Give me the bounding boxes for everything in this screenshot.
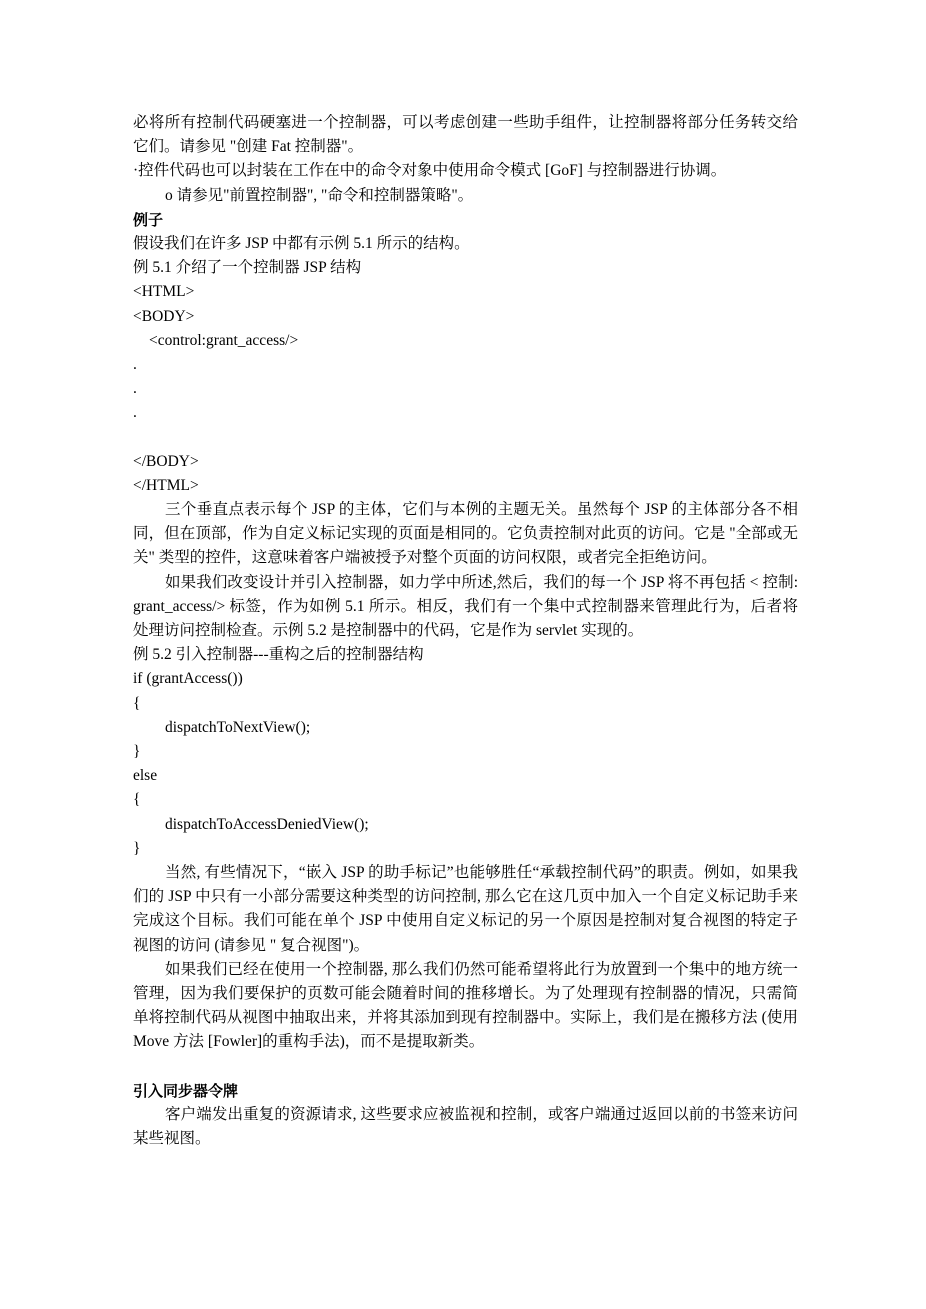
code-line: <HTML> — [133, 280, 798, 304]
code-line: . — [133, 401, 798, 425]
code-line: } — [133, 740, 798, 764]
paragraph-helper-tag: 当然, 有些情况下，“嵌入 JSP 的助手标记”也能够胜任“承载控制代码”的职责… — [133, 861, 798, 958]
code-line: . — [133, 353, 798, 377]
blank-line — [133, 1055, 798, 1079]
code-line: <control:grant_access/> — [133, 329, 798, 353]
code-line: } — [133, 837, 798, 861]
heading-sync-token: 引入同步器令牌 — [133, 1079, 798, 1103]
code-line: dispatchToNextView(); — [133, 716, 798, 740]
code-line: { — [133, 692, 798, 716]
paragraph-change-design: 如果我们改变设计并引入控制器，如力学中所述,然后，我们的每一个 JSP 将不再包… — [133, 571, 798, 644]
intro-paragraph: 必将所有控制代码硬塞进一个控制器，可以考虑创建一些助手组件，让控制器将部分任务转… — [133, 111, 798, 159]
code-block-52: if (grantAccess()) { dispatchToNextView(… — [133, 667, 798, 861]
code-blank-line — [133, 425, 798, 449]
paragraph-existing-controller: 如果我们已经在使用一个控制器, 那么我们仍然可能希望将此行为放置到一个集中的地方… — [133, 958, 798, 1055]
sub-bullet: o 请参见"前置控制器", "命令和控制器策略"。 — [133, 184, 798, 208]
bullet-line: ·控件代码也可以封装在工作在中的命令对象中使用命令模式 [GoF] 与控制器进行… — [133, 159, 798, 183]
example-52-caption: 例 5.2 引入控制器---重构之后的控制器结构 — [133, 643, 798, 667]
document-page: 必将所有控制代码硬塞进一个控制器，可以考虑创建一些助手组件，让控制器将部分任务转… — [133, 111, 798, 1151]
example-intro: 假设我们在许多 JSP 中都有示例 5.1 所示的结构。 — [133, 232, 798, 256]
heading-example: 例子 — [133, 208, 798, 232]
code-block-51: <HTML> <BODY> <control:grant_access/> . … — [133, 280, 798, 498]
code-line: dispatchToAccessDeniedView(); — [133, 813, 798, 837]
example-51-caption: 例 5.1 介绍了一个控制器 JSP 结构 — [133, 256, 798, 280]
code-line: </HTML> — [133, 474, 798, 498]
code-line: { — [133, 788, 798, 812]
code-line: else — [133, 764, 798, 788]
code-line: if (grantAccess()) — [133, 667, 798, 691]
code-line: <BODY> — [133, 305, 798, 329]
code-line: </BODY> — [133, 450, 798, 474]
paragraph-sync-token: 客户端发出重复的资源请求, 这些要求应被监视和控制，或客户端通过返回以前的书签来… — [133, 1103, 798, 1151]
code-line: . — [133, 377, 798, 401]
paragraph-dots: 三个垂直点表示每个 JSP 的主体，它们与本例的主题无关。虽然每个 JSP 的主… — [133, 498, 798, 571]
